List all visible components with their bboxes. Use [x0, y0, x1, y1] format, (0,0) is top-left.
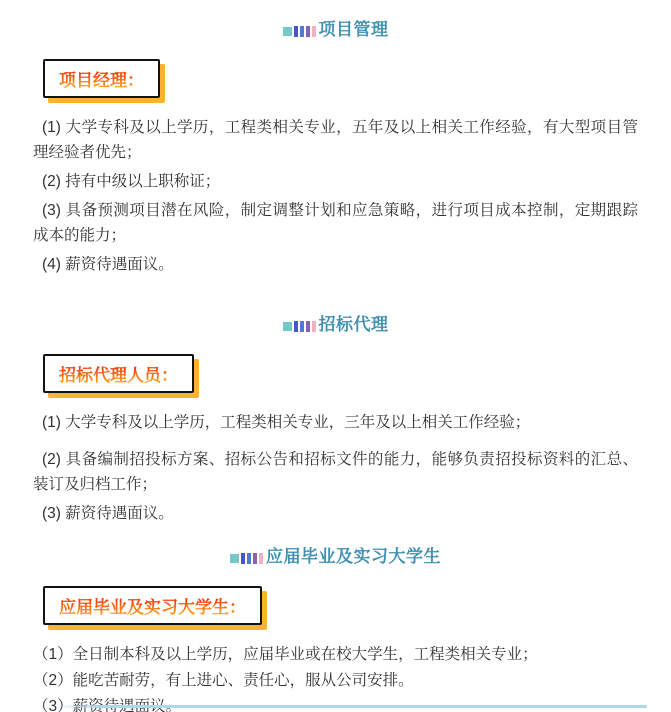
requirement-item: (3) 具备预测项目潜在风险，制定调整计划和应急策略，进行项目成本控制，定期跟踪… — [33, 198, 638, 248]
requirement-item: (2) 具备编制招投标方案、招标公告和招标文件的能力，能够负责招投标资料的汇总、… — [33, 447, 638, 497]
requirements-list: （1）全日制本科及以上学历，应届毕业或在校大学生，工程类相关专业； （2）能吃苦… — [33, 642, 638, 712]
section-heading-text: 项目管理 — [319, 20, 389, 39]
requirement-item: （1）全日制本科及以上学历，应届毕业或在校大学生，工程类相关专业； — [33, 642, 638, 667]
job-title-text: 招标代理人员： — [59, 366, 178, 385]
requirement-item: (1) 大学专科及以上学历，工程类相关专业，五年及以上相关工作经验，有大型项目管… — [33, 115, 638, 165]
bottom-card-edge-divider — [55, 705, 647, 708]
job-title-box: 项目经理： — [43, 59, 160, 98]
section-bidding-agency: 招标代理 招标代理人员： (1) 大学专科及以上学历，工程类相关专业，三年及以上… — [33, 315, 638, 526]
job-title-box: 应届毕业及实习大学生： — [43, 586, 262, 625]
requirement-item: (4) 薪资待遇面议。 — [33, 252, 638, 277]
requirement-item: (2) 持有中级以上职称证； — [33, 169, 638, 194]
requirement-item: (3) 薪资待遇面议。 — [33, 501, 638, 526]
requirement-item: （3）薪资待遇面议。 — [33, 694, 638, 712]
colored-bars-icon — [283, 26, 316, 37]
job-title-text: 应届毕业及实习大学生： — [59, 598, 246, 617]
section-project-management: 项目管理 项目经理： (1) 大学专科及以上学历，工程类相关专业，五年及以上相关… — [33, 0, 638, 277]
requirements-list: (1) 大学专科及以上学历，工程类相关专业，五年及以上相关工作经验，有大型项目管… — [33, 115, 638, 277]
section-heading-text: 招标代理 — [319, 315, 389, 334]
colored-bars-icon — [283, 321, 316, 332]
requirement-item: (1) 大学专科及以上学历，工程类相关专业，三年及以上相关工作经验； — [33, 410, 638, 435]
job-title-box: 招标代理人员： — [43, 354, 194, 393]
section-heading: 招标代理 — [33, 315, 638, 335]
section-heading-text: 应届毕业及实习大学生 — [266, 547, 441, 566]
colored-bars-icon — [230, 553, 263, 564]
job-title-text: 项目经理： — [59, 71, 144, 90]
recruitment-page: 项目管理 项目经理： (1) 大学专科及以上学历，工程类相关专业，五年及以上相关… — [0, 0, 671, 712]
section-graduates-interns: 应届毕业及实习大学生 应届毕业及实习大学生： （1）全日制本科及以上学历，应届毕… — [33, 547, 638, 712]
requirement-item: （2）能吃苦耐劳，有上进心、责任心，服从公司安排。 — [33, 668, 638, 693]
section-heading: 应届毕业及实习大学生 — [33, 547, 638, 567]
requirements-list: (1) 大学专科及以上学历，工程类相关专业，三年及以上相关工作经验； (2) 具… — [33, 410, 638, 526]
section-heading: 项目管理 — [33, 0, 638, 40]
